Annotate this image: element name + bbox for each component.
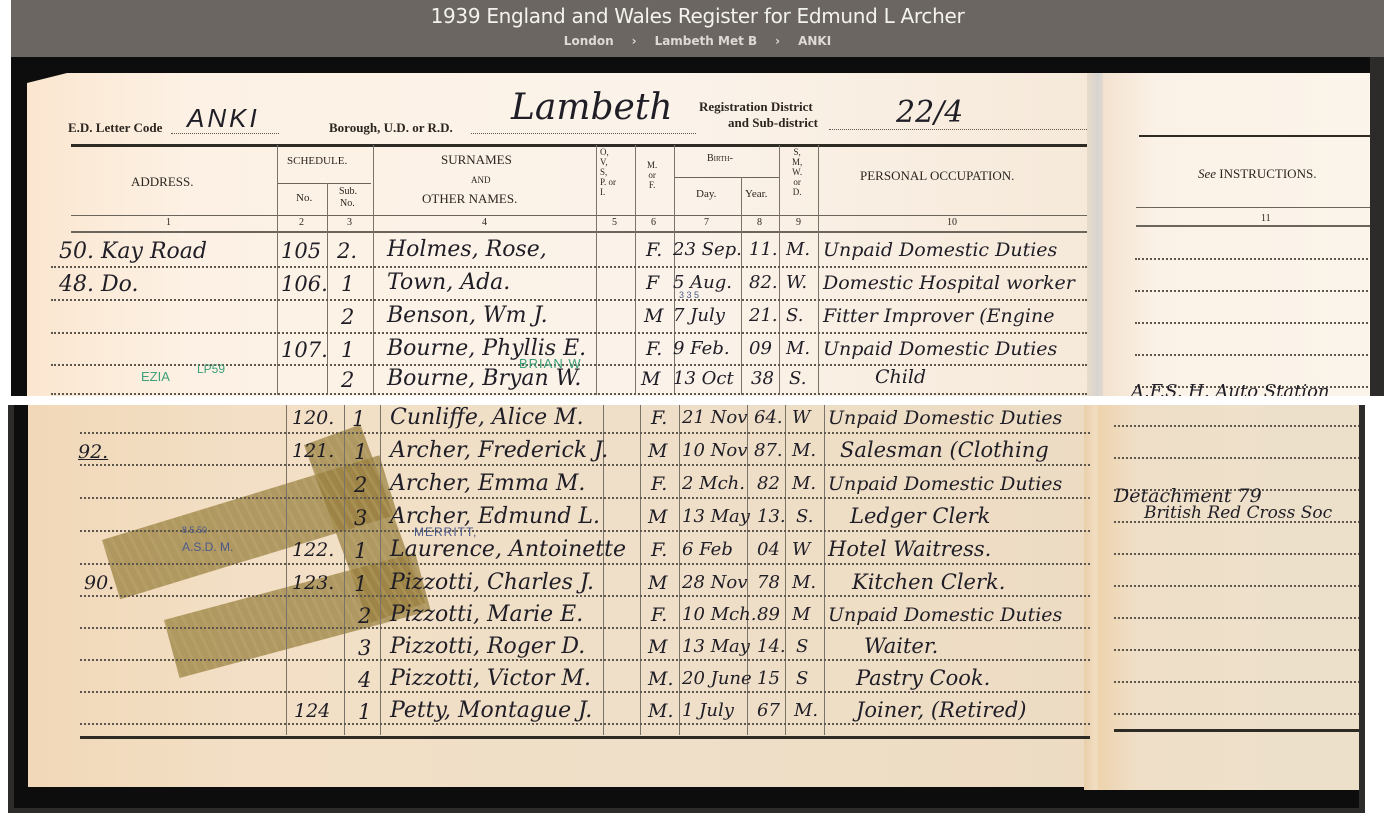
row-birth-year: 11.	[749, 239, 778, 260]
row-name: Pizzotti, Roger D.	[390, 634, 585, 659]
col-num-1: 1	[166, 217, 171, 228]
row-birth-year: 78	[757, 572, 780, 593]
dotted-rule	[471, 133, 696, 134]
reg-district-label: Registration District	[699, 99, 813, 115]
birth-subrule	[674, 177, 779, 178]
col-header-sub-no: No.	[340, 198, 355, 209]
header-bottom-rule	[71, 215, 1087, 216]
row-rule	[1114, 649, 1364, 651]
row-rule	[80, 659, 1090, 661]
row-marital-status: M.	[792, 440, 816, 461]
row-occupation: Ledger Clerk	[850, 504, 990, 528]
column-divider	[785, 405, 786, 735]
chevron-right-icon: ›	[775, 34, 780, 48]
header-bottom-rule	[1136, 207, 1376, 208]
row-sex: M	[648, 440, 667, 462]
row-birth-year: 15	[757, 668, 780, 689]
row-birth-day: 10 Mch.	[682, 604, 756, 625]
col-num-4: 4	[482, 217, 487, 228]
col11-annotation: A.F.S. H. Auto Station	[1131, 381, 1330, 396]
row-sex: M.	[648, 700, 674, 722]
row-marital-status: S.	[789, 368, 806, 389]
column-divider	[596, 145, 597, 395]
row-marital-status: W	[792, 539, 811, 560]
row-sub-no: 1	[354, 572, 367, 596]
row-name: Archer, Emma M.	[390, 471, 585, 496]
column-divider	[373, 145, 374, 395]
row-sub-no: 2	[358, 604, 371, 628]
row-name: Pizzotti, Marie E.	[390, 602, 583, 627]
col-header-occupation: PERSONAL OCCUPATION.	[860, 168, 1014, 184]
col-header-address: ADDRESS.	[131, 174, 194, 190]
row-occupation: Unpaid Domestic Duties	[823, 338, 1057, 360]
row-occupation: Joiner, (Retired)	[856, 698, 1027, 722]
row-occupation: Hotel Waitress.	[828, 537, 991, 561]
borough-label: Borough, U.D. or R.D.	[329, 120, 453, 136]
row-occupation: Domestic Hospital worker	[823, 272, 1075, 294]
row-rule	[51, 393, 1087, 395]
row-address: 92.	[78, 441, 108, 463]
row-occupation: Fitter Improver (Engine	[823, 305, 1054, 327]
col-num-8: 8	[757, 217, 762, 228]
schedule-subrule	[277, 183, 371, 184]
breadcrumb: London › Lambeth Met B › ANKI	[11, 34, 1384, 48]
col-header-smwd: S,M,W.orD.	[792, 147, 802, 197]
row-rule	[80, 595, 1090, 597]
column-divider	[779, 145, 780, 395]
row-marital-status: S.	[786, 305, 803, 326]
row-sub-no: 2	[354, 473, 367, 497]
col-num-5: 5	[612, 217, 617, 228]
col-header-ovspi: O,V,S,P. orI.	[600, 147, 616, 197]
row-birth-day: 20 June	[682, 668, 752, 689]
pencil-code-annotation: A.S.D. M.	[182, 540, 233, 554]
row-rule	[80, 691, 1090, 693]
row-birth-year: 87.	[754, 440, 783, 461]
row-name: Archer, Frederick J.	[390, 438, 608, 463]
row-sex: F.	[651, 473, 667, 495]
green-annotation-left: EZIA	[141, 369, 170, 384]
register-image-bottom[interactable]: 120. 1 Cunliffe, Alice M. F. 21 Nov 64. …	[8, 405, 1365, 813]
row-rule	[1135, 354, 1379, 356]
row-sub-no: 4	[358, 668, 371, 692]
row-birth-day: 13 May	[682, 506, 750, 527]
col-header-birth: Birth-	[707, 153, 733, 164]
pencil-date-annotation: 8.5.50	[182, 525, 207, 535]
col-header-mf: M.orF.	[647, 160, 657, 190]
row-name: Town, Ada.	[387, 270, 510, 295]
row-schedule-no: 105	[281, 239, 321, 263]
page-title: 1939 England and Wales Register for Edmu…	[11, 4, 1384, 28]
blue-annotation: 3 3 5	[679, 290, 699, 300]
column-number-rule	[1136, 225, 1376, 227]
ed-letter-code-label: E.D. Letter Code	[68, 120, 162, 136]
row-marital-status: M.	[792, 473, 816, 494]
row-birth-year: 13.	[757, 506, 786, 527]
column-divider	[380, 405, 381, 735]
row-rule	[80, 627, 1090, 629]
row-birth-year: 89	[757, 604, 780, 625]
row-schedule-no: 107.	[281, 338, 328, 362]
row-marital-status: W.	[786, 272, 807, 293]
row-schedule-no: 106.	[281, 272, 328, 296]
col-num-2: 2	[299, 217, 304, 228]
row-sex: F.	[651, 604, 667, 626]
row-birth-year: 67	[757, 700, 780, 721]
table-top-rule	[1139, 135, 1379, 137]
row-address: 50. Kay Road	[59, 239, 207, 264]
row-occupation: Kitchen Clerk.	[852, 570, 1005, 594]
row-rule	[1114, 713, 1364, 715]
table-top-rule	[71, 144, 1087, 147]
ed-letter-code-value: ANKI	[187, 103, 260, 134]
row-marital-status: M.	[786, 338, 810, 359]
row-birth-day: 23 Sep.	[673, 239, 742, 260]
col-header-surnames: SURNAMES	[441, 152, 512, 168]
col-header-instructions: See INSTRUCTIONS.	[1198, 166, 1316, 182]
table-bottom-rule	[1114, 729, 1364, 732]
row-birth-day: 13 May	[682, 636, 750, 657]
col-num-6: 6	[651, 217, 656, 228]
row-sex: M	[648, 572, 667, 594]
reg-district-value: 22/4	[896, 95, 963, 130]
col-header-day: Day.	[696, 188, 716, 200]
row-occupation: Pastry Cook.	[856, 666, 990, 690]
row-rule	[80, 497, 1090, 499]
row-occupation: Salesman (Clothing	[840, 438, 1049, 462]
row-rule	[1135, 322, 1379, 324]
dotted-rule	[171, 133, 279, 134]
row-birth-day: 28 Nov	[682, 572, 747, 593]
row-sub-no: 2	[341, 368, 354, 392]
row-schedule-no: 120.	[292, 407, 334, 429]
row-sub-no: 3	[354, 506, 367, 530]
row-schedule-no: 121.	[292, 440, 334, 462]
row-sex: M.	[648, 668, 674, 690]
col-num-7: 7	[704, 217, 709, 228]
column-divider	[635, 145, 636, 395]
column-divider	[824, 405, 825, 735]
row-rule	[1114, 457, 1364, 459]
row-marital-status: S.	[796, 506, 813, 527]
row-occupation: Unpaid Domestic Duties	[828, 473, 1062, 495]
row-sex: F.	[646, 338, 662, 360]
row-rule	[51, 299, 1087, 301]
col-header-sub: Sub.	[339, 186, 357, 197]
column-divider	[640, 405, 641, 735]
row-birth-day: 9 Feb.	[673, 338, 730, 359]
row-occupation: Waiter.	[864, 634, 938, 658]
breadcrumb-anki[interactable]: ANKI	[798, 34, 831, 48]
breadcrumb-lambeth-met-b[interactable]: Lambeth Met B	[655, 34, 758, 48]
row-name: Pizzotti, Charles J.	[390, 570, 594, 595]
row-birth-year: 21.	[749, 305, 778, 326]
column-number-rule	[71, 231, 1087, 233]
row-birth-day: 10 Nov	[682, 440, 747, 461]
row-rule	[1114, 585, 1364, 587]
col-num-11: 11	[1261, 213, 1271, 224]
row-sex: F.	[646, 239, 662, 261]
col-header-other-names: OTHER NAMES.	[422, 191, 517, 207]
row-rule	[1114, 425, 1364, 427]
row-rule	[80, 530, 1090, 532]
row-sub-no: 1	[354, 539, 367, 563]
row-birth-year: 09	[749, 338, 772, 359]
row-birth-year: 38	[751, 368, 774, 389]
row-birth-year: 82	[757, 473, 780, 494]
row-name: Holmes, Rose,	[387, 237, 547, 262]
row-birth-year: 64.	[754, 407, 783, 428]
row-birth-day: 6 Feb	[682, 539, 733, 560]
row-sub-no: 1	[341, 338, 354, 362]
breadcrumb-london[interactable]: London	[564, 34, 614, 48]
row-schedule-no: 122.	[292, 539, 334, 561]
table-bottom-rule	[80, 736, 1090, 739]
row-birth-day: 7 July	[673, 305, 725, 326]
row-rule	[51, 266, 1087, 268]
row-marital-status: M.	[794, 700, 818, 721]
col11-annotation-line2: British Red Cross Soc	[1144, 503, 1332, 523]
col-header-sched-no: No.	[296, 192, 312, 204]
sub-district-label: and Sub-district	[728, 115, 818, 131]
row-occupation: Unpaid Domestic Duties	[828, 604, 1062, 626]
row-birth-day: 1 July	[682, 700, 734, 721]
col-num-10: 10	[947, 217, 957, 228]
row-marital-status: M	[792, 604, 810, 625]
row-rule	[1135, 290, 1379, 292]
row-sub-no: 1	[341, 272, 354, 296]
column-divider	[277, 145, 278, 395]
row-occupation: Child	[875, 366, 926, 388]
row-sub-no: 2	[341, 305, 354, 329]
row-rule	[1114, 681, 1364, 683]
row-birth-day: 13 Oct	[673, 368, 734, 389]
row-name: Bourne, Bryan W.	[387, 366, 581, 391]
row-name: Cunliffe, Alice M.	[390, 405, 584, 430]
row-schedule-no: 123.	[292, 572, 334, 594]
row-name: Petty, Montague J.	[390, 698, 592, 723]
col-header-and: AND	[471, 175, 491, 185]
row-address: 90.	[84, 572, 114, 594]
row-rule	[80, 464, 1090, 466]
register-image-top[interactable]: E.D. Letter Code ANKI Borough, U.D. or R…	[11, 57, 1384, 396]
row-sex: M	[648, 636, 667, 658]
row-occupation: Unpaid Domestic Duties	[828, 407, 1062, 429]
row-schedule-no: 124	[294, 700, 330, 722]
row-marital-status: W	[792, 407, 811, 428]
row-sub-no: 1	[358, 700, 371, 724]
dotted-rule	[829, 129, 1087, 130]
row-rule	[1114, 553, 1364, 555]
row-birth-year: 14.	[757, 636, 786, 657]
row-rule	[1114, 617, 1364, 619]
row-rule	[1135, 258, 1379, 260]
row-sex: F.	[651, 539, 667, 561]
green-annotation-code: LP59	[197, 362, 225, 376]
chevron-right-icon: ›	[632, 34, 637, 48]
row-name: Pizzotti, Victor M.	[390, 666, 591, 691]
row-birth-day: 21 Nov	[682, 407, 747, 428]
row-sub-no: 1	[352, 407, 365, 431]
row-rule	[80, 723, 1090, 725]
row-marital-status: M.	[786, 239, 810, 260]
row-sex: F	[646, 272, 659, 294]
column-divider	[818, 145, 819, 395]
row-marital-status: M.	[792, 572, 816, 593]
col-header-schedule: SCHEDULE.	[287, 155, 347, 167]
row-rule	[51, 332, 1087, 334]
column-divider	[344, 405, 345, 735]
row-sex: F.	[651, 407, 667, 429]
row-marital-status: S	[796, 668, 808, 689]
row-rule	[80, 563, 1090, 565]
borough-value: Lambeth	[511, 87, 673, 128]
col-num-3: 3	[347, 217, 352, 228]
row-birth-year: 04	[757, 539, 780, 560]
column-divider	[679, 405, 680, 735]
row-sub-no: 2.	[337, 239, 357, 263]
row-occupation: Unpaid Domestic Duties	[823, 239, 1057, 261]
row-sex: M	[644, 305, 663, 327]
row-name: Benson, Wm J.	[387, 303, 548, 328]
viewer-header: 1939 England and Wales Register for Edmu…	[11, 0, 1384, 57]
row-address: 48. Do.	[59, 272, 138, 297]
register-page-right	[1103, 73, 1373, 396]
col-num-9: 9	[796, 217, 801, 228]
row-rule	[80, 432, 1090, 434]
column-divider	[286, 405, 287, 735]
row-sex: M	[648, 506, 667, 528]
row-birth-day: 2 Mch.	[682, 473, 745, 494]
column-divider	[741, 177, 742, 395]
col-header-year: Year.	[745, 188, 767, 200]
row-birth-year: 82.	[749, 272, 778, 293]
row-sub-no: 3	[358, 636, 371, 660]
row-sex: M	[641, 368, 660, 390]
row-marital-status: S	[796, 636, 808, 657]
row-name: Laurence, Antoinette	[390, 537, 626, 562]
register-page-right	[1098, 405, 1364, 790]
row-sub-no: 1	[354, 440, 367, 464]
